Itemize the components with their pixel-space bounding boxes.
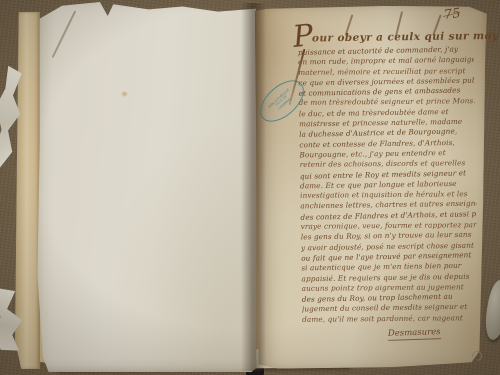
paper-stain — [121, 91, 128, 97]
manuscript-line: vraye cronique, veue, fourme et rapporte… — [301, 220, 477, 232]
manuscript-line: investigation et inquisition de héraulx … — [300, 189, 476, 201]
paper-tear — [52, 10, 76, 57]
grey-ribbon-right-edge — [482, 279, 500, 341]
manuscript-first-line: our obeyr a ceulx qui sur moy ont — [312, 30, 500, 45]
left-blank-page — [33, 2, 256, 372]
manuscript-text-block: puissance et auctorité de commander, j'a… — [298, 45, 478, 326]
photo-background: BIBLIOTHÈQUE VILLE DE CAMBRAI 75 P our o… — [0, 0, 500, 375]
manuscript-line: dame, qu'il me soit pardonné, car nagean… — [302, 313, 478, 325]
catchword-signature: Desmasures — [388, 327, 441, 341]
manuscript-line: maternel, mémoire et recueilliat par esc… — [298, 66, 474, 78]
binding-edge — [15, 12, 40, 369]
